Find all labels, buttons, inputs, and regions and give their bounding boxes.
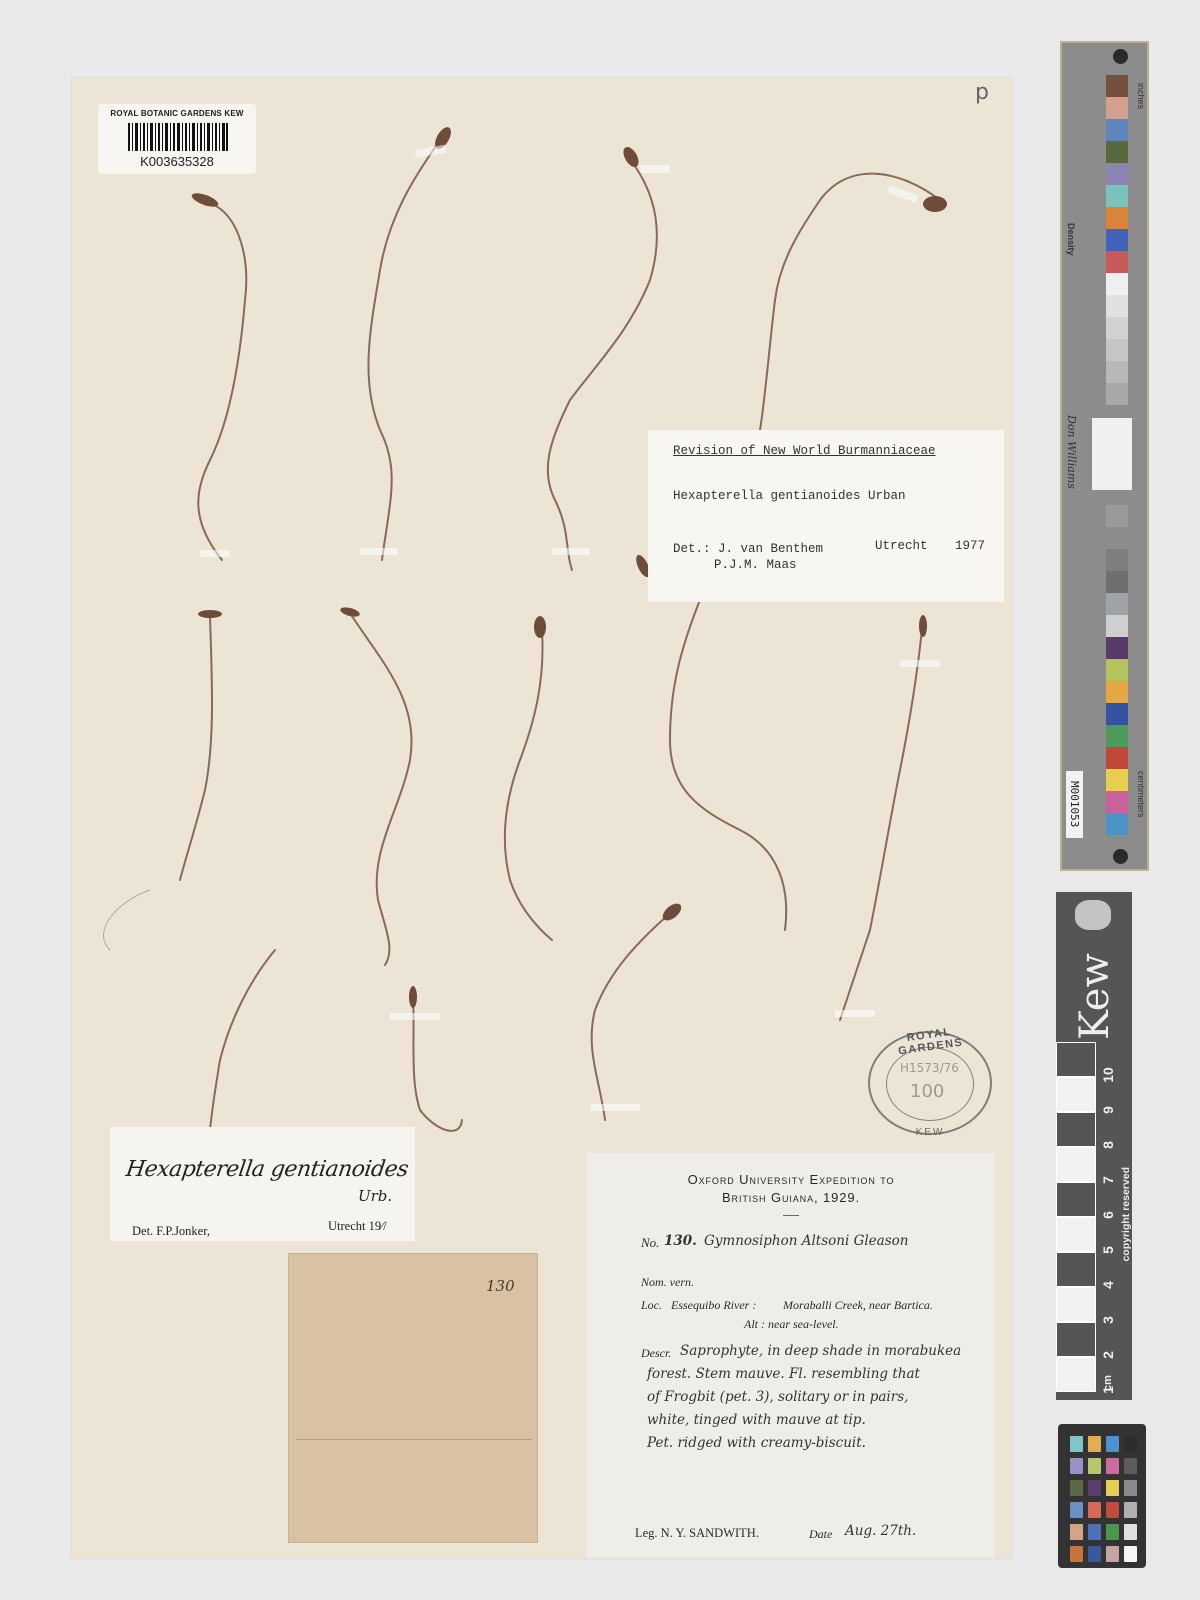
stamp-pencil-number: H1573/76 xyxy=(900,1061,959,1075)
color-swatch xyxy=(1106,791,1128,813)
color-swatch xyxy=(1106,769,1128,791)
checker-patch xyxy=(1088,1480,1101,1496)
det-label-place: Utrecht xyxy=(875,539,928,553)
loc-prefix: Loc. xyxy=(641,1298,662,1313)
scale-segment xyxy=(1056,1112,1096,1147)
scale-number: 2 xyxy=(1100,1347,1116,1363)
scale-number: 3 xyxy=(1100,1312,1116,1328)
color-swatch xyxy=(1106,615,1128,637)
det-label-species: Hexapterella gentianoides Urban xyxy=(673,489,906,503)
color-swatch xyxy=(1106,813,1128,835)
checker-patch xyxy=(1124,1524,1137,1540)
checker-patch xyxy=(1088,1502,1101,1518)
checker-patch xyxy=(1070,1524,1083,1540)
date-prefix: Date xyxy=(809,1527,832,1542)
color-swatch xyxy=(1106,295,1128,317)
color-swatch xyxy=(1106,747,1128,769)
color-swatch xyxy=(1106,317,1128,339)
label-heading-2: British Guiana, 1929. xyxy=(587,1190,995,1205)
checker-patch xyxy=(1124,1546,1137,1562)
descr-line: white, tinged with mauve at tip. xyxy=(647,1412,866,1428)
checker-patch xyxy=(1070,1546,1083,1562)
scale-number: 9 xyxy=(1100,1102,1116,1118)
color-swatch xyxy=(1106,383,1128,405)
jonker-place-year: Utrecht 19⁄/ xyxy=(328,1219,387,1234)
collection-number: 130. xyxy=(664,1233,697,1249)
checker-patch xyxy=(1106,1480,1119,1496)
color-swatch xyxy=(1106,703,1128,725)
descr-line: Saprophyte, in deep shade in morabukea xyxy=(680,1343,961,1359)
handwritten-species: Hexapterella gentianoides xyxy=(124,1157,410,1182)
color-swatch xyxy=(1106,571,1128,593)
color-swatch xyxy=(1106,119,1128,141)
checker-patch xyxy=(1106,1502,1119,1518)
color-swatch xyxy=(1106,549,1128,571)
barcode-label: ROYAL BOTANIC GARDENS KEW K003635328 xyxy=(98,104,256,174)
loc-place: Moraballi Creek, near Bartica. xyxy=(783,1298,933,1313)
scale-number: 6 xyxy=(1100,1207,1116,1223)
det-label-year: 1977 xyxy=(955,539,985,553)
color-calibration-strip: inches centimeters Density Don Williams … xyxy=(1060,41,1149,871)
scale-segment xyxy=(1056,1252,1096,1287)
checker-patch xyxy=(1124,1480,1137,1496)
checker-patch xyxy=(1124,1502,1137,1518)
jonker-det: Det. F.P.Jonker, xyxy=(132,1224,210,1239)
scale-number: 8 xyxy=(1100,1137,1116,1153)
handwritten-name: Gymnosiphon Altsoni Gleason xyxy=(704,1233,908,1249)
checker-patch xyxy=(1088,1436,1101,1452)
checker-patch xyxy=(1070,1480,1083,1496)
scale-number: 7 xyxy=(1100,1172,1116,1188)
checker-patch xyxy=(1106,1436,1119,1452)
color-swatch xyxy=(1106,273,1128,295)
scale-segment xyxy=(1056,1042,1096,1077)
handwritten-author: Urb. xyxy=(358,1187,392,1205)
label-heading-1: Oxford University Expedition to xyxy=(587,1172,995,1187)
collection-label: Oxford University Expedition to British … xyxy=(587,1153,995,1558)
kew-crest-icon xyxy=(1075,900,1111,930)
descr-prefix: Descr. xyxy=(641,1346,671,1361)
color-swatch xyxy=(1106,725,1128,747)
stamp-bottom-text: KEW xyxy=(900,1127,960,1138)
det-label-determiner-2: P.J.M. Maas xyxy=(714,558,797,572)
color-swatch xyxy=(1106,593,1128,615)
determination-label: Revision of New World Burmanniaceae Hexa… xyxy=(648,430,1004,602)
inches-label: inches xyxy=(1136,83,1146,109)
color-swatch xyxy=(1106,185,1128,207)
color-swatch xyxy=(1106,527,1128,549)
number-prefix: No. xyxy=(641,1235,659,1251)
color-swatch xyxy=(1106,361,1128,383)
density-label: Density xyxy=(1066,223,1076,256)
color-swatch xyxy=(1106,659,1128,681)
scale-number: 5 xyxy=(1100,1242,1116,1258)
altitude: Alt : near sea-level. xyxy=(744,1317,839,1332)
corner-pencil-mark: p xyxy=(975,80,989,105)
cm-label: cm xyxy=(1102,1375,1114,1391)
color-swatch xyxy=(1106,75,1128,97)
scale-segment xyxy=(1056,1077,1096,1112)
color-swatch xyxy=(1106,163,1128,185)
descr-line: of Frogbit (pet. 3), solitary or in pair… xyxy=(647,1389,908,1405)
color-swatch xyxy=(1106,339,1128,361)
divider xyxy=(783,1215,799,1216)
kew-scale-bar: Kew copyright reserved 12345678910 cm xyxy=(1056,892,1132,1400)
collection-date: Aug. 27th. xyxy=(845,1523,916,1539)
checker-patch xyxy=(1070,1502,1083,1518)
scale-segment xyxy=(1056,1287,1096,1322)
strip-hole xyxy=(1113,49,1128,64)
color-swatch xyxy=(1106,229,1128,251)
color-swatch xyxy=(1106,251,1128,273)
scale-segment xyxy=(1056,1217,1096,1252)
stamp-pencil-count: 100 xyxy=(910,1081,944,1102)
barcode-icon xyxy=(128,123,228,151)
color-swatch xyxy=(1106,97,1128,119)
institution-name: ROYAL BOTANIC GARDENS KEW xyxy=(98,109,256,118)
color-checker xyxy=(1058,1424,1146,1568)
kew-accession-stamp: ROYAL GARDENS H1573/76 100 KEW xyxy=(868,1031,992,1135)
resolution-target xyxy=(1092,418,1132,490)
color-swatch xyxy=(1106,681,1128,703)
color-swatch xyxy=(1106,505,1128,527)
envelope-number: 130 xyxy=(486,1277,515,1295)
strip-hole xyxy=(1113,849,1128,864)
nom-vern: Nom. vern. xyxy=(641,1275,694,1290)
scale-segment xyxy=(1056,1322,1096,1357)
descr-line: forest. Stem mauve. Fl. resembling that xyxy=(647,1366,920,1382)
fragment-envelope: 130 xyxy=(288,1253,538,1543)
descr-line: Pet. ridged with creamy-biscuit. xyxy=(647,1435,866,1451)
checker-patch xyxy=(1124,1436,1137,1452)
copyright-text: copyright reserved xyxy=(1120,1167,1132,1262)
scale-segment xyxy=(1056,1357,1096,1392)
collector: Leg. N. Y. SANDWITH. xyxy=(635,1526,759,1541)
checker-patch xyxy=(1106,1458,1119,1474)
color-swatch xyxy=(1106,141,1128,163)
checker-patch xyxy=(1124,1458,1137,1474)
checker-patch xyxy=(1106,1524,1119,1540)
jonker-determination-label: Hexapterella gentianoides Urb. Det. F.P.… xyxy=(110,1127,415,1241)
scale-segment xyxy=(1056,1182,1096,1217)
color-swatch xyxy=(1106,207,1128,229)
brand-label: Don Williams xyxy=(1065,415,1078,489)
checker-patch xyxy=(1088,1546,1101,1562)
det-label-title: Revision of New World Burmanniaceae xyxy=(673,444,936,458)
scale-segment xyxy=(1056,1147,1096,1182)
kew-logo: Kew xyxy=(1072,953,1118,1040)
scale-number: 10 xyxy=(1100,1067,1116,1083)
checker-patch xyxy=(1088,1458,1101,1474)
checker-patch xyxy=(1070,1436,1083,1452)
centimeters-label: centimeters xyxy=(1136,771,1146,818)
scale-number: 4 xyxy=(1100,1277,1116,1293)
checker-patch xyxy=(1106,1546,1119,1562)
checker-patch xyxy=(1070,1458,1083,1474)
strip-id: M001053 xyxy=(1066,771,1083,838)
barcode-number: K003635328 xyxy=(98,154,256,169)
det-label-determiner: Det.: J. van Benthem xyxy=(673,542,823,556)
color-swatch xyxy=(1106,637,1128,659)
checker-patch xyxy=(1088,1524,1101,1540)
loc-river: Essequibo River : xyxy=(671,1298,756,1313)
